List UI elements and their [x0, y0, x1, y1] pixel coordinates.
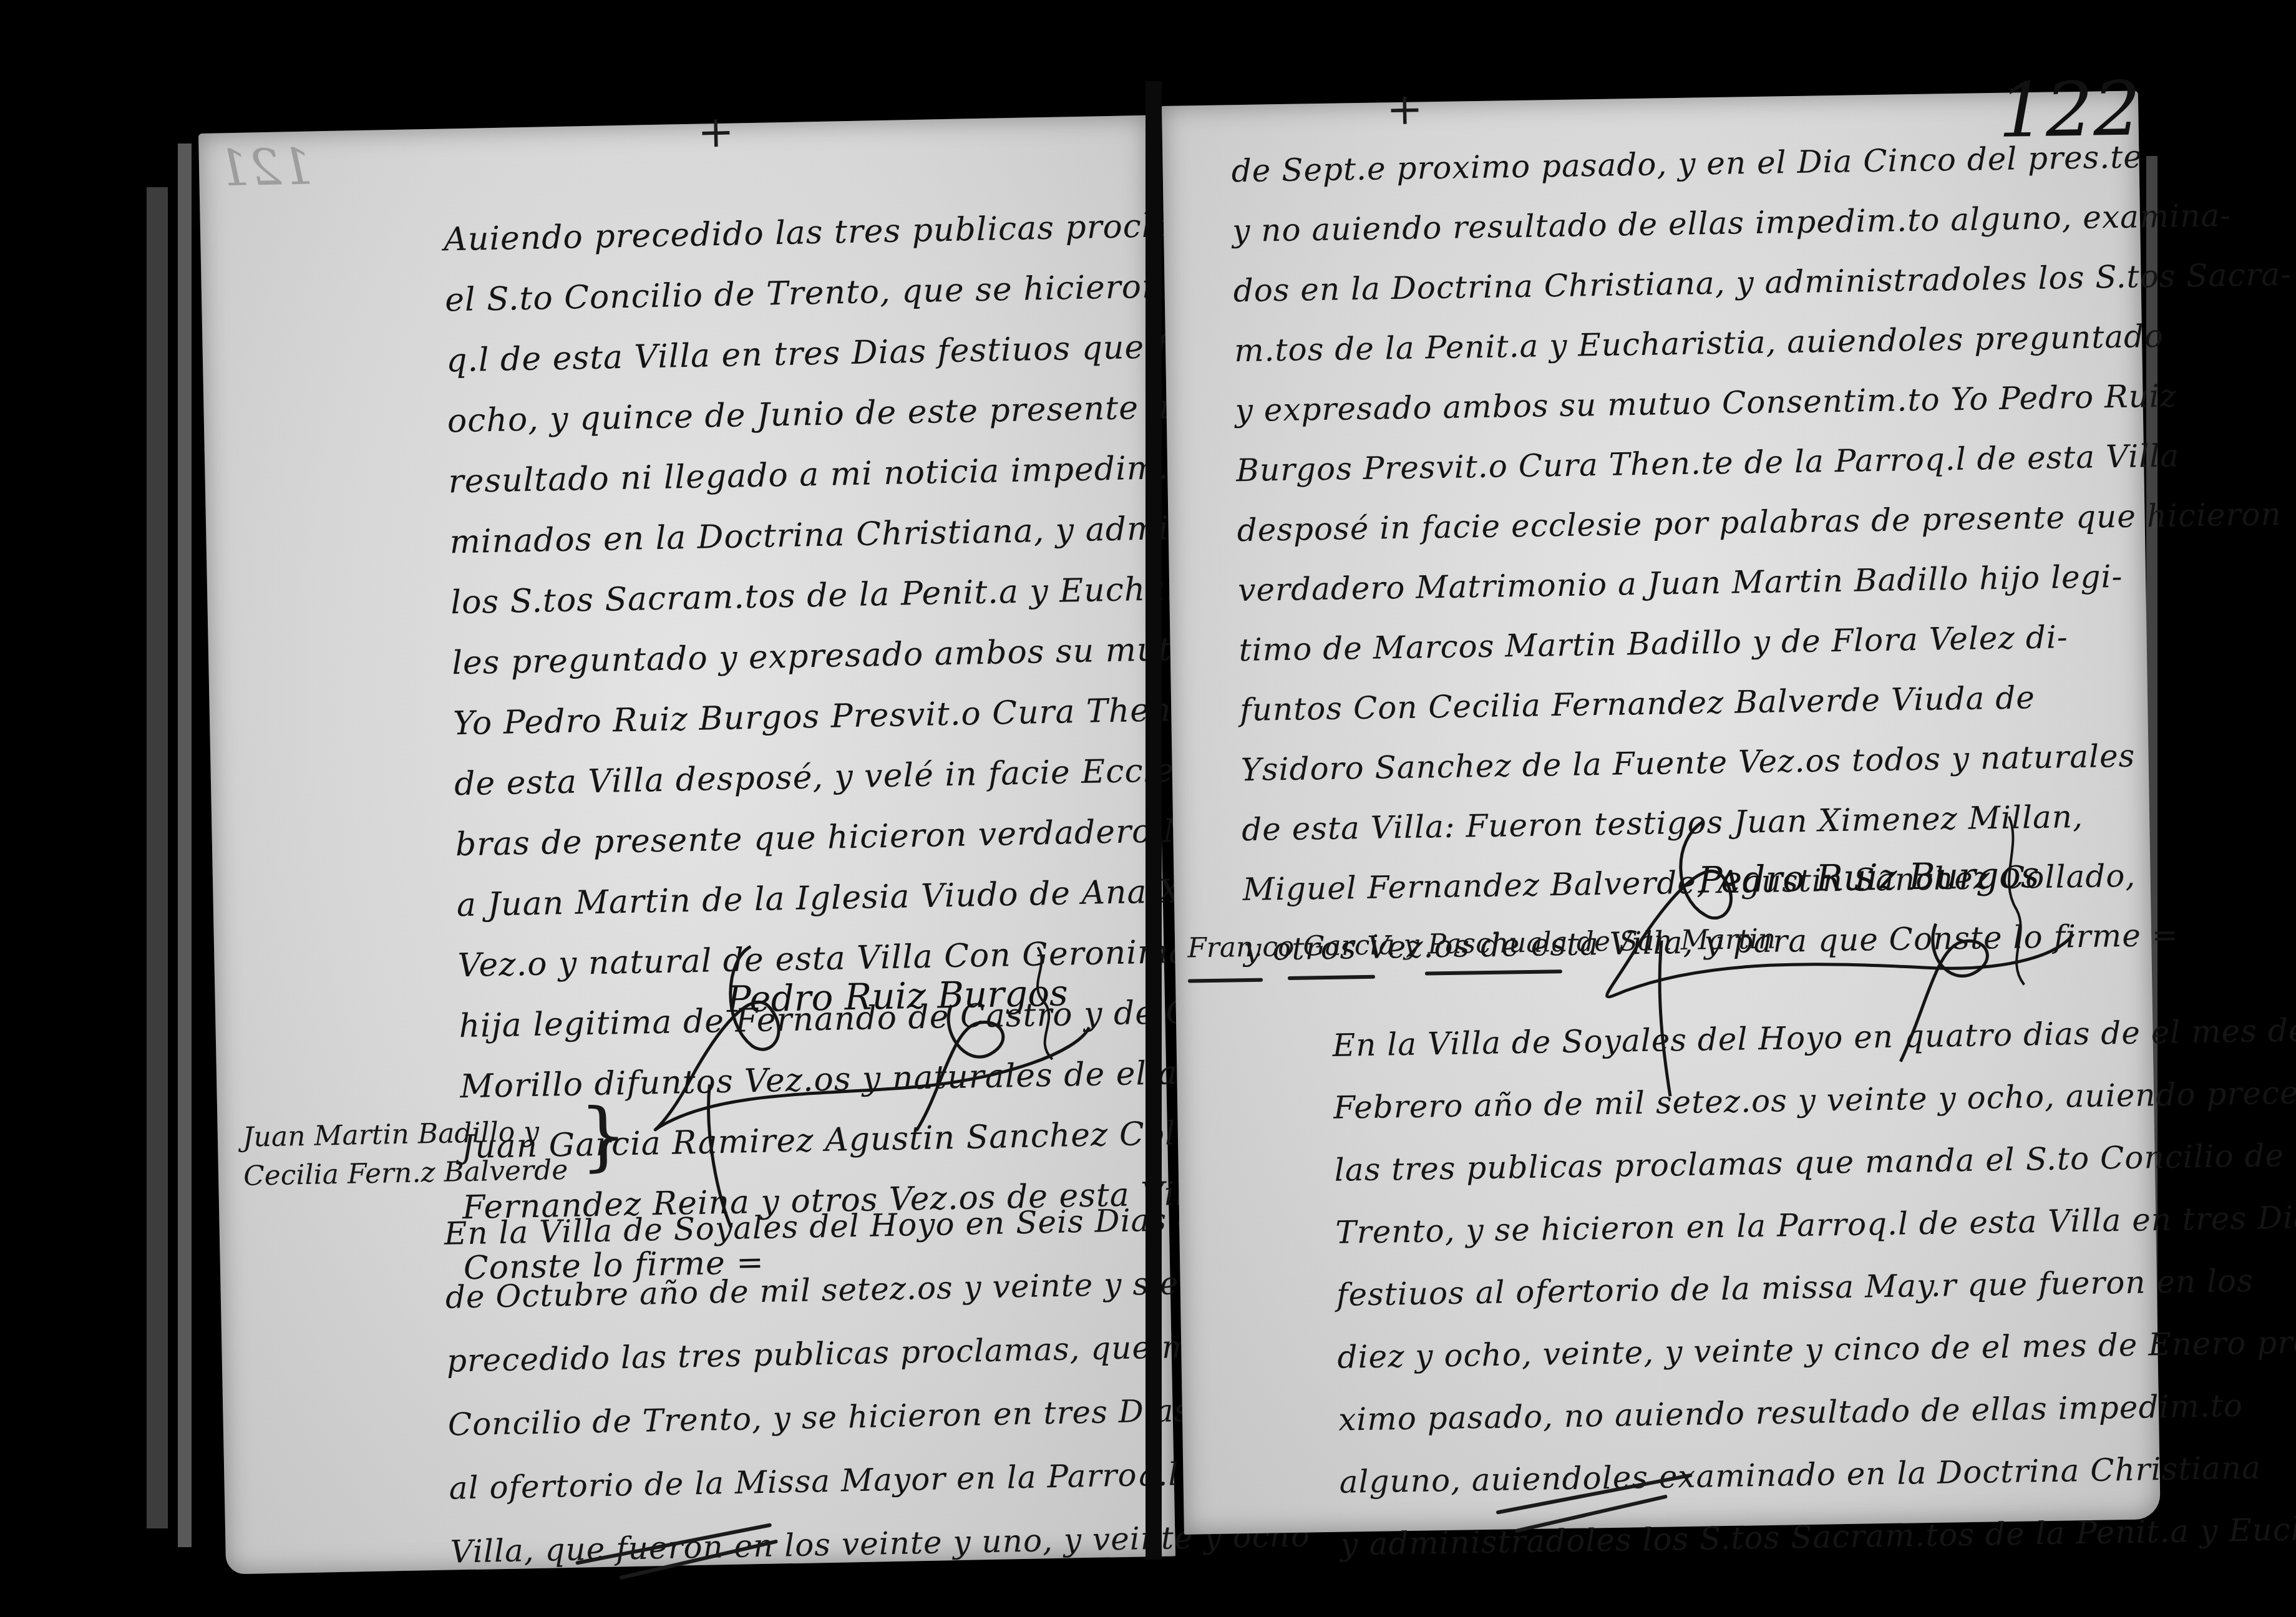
microfilm-scan: 121 + Auiendo precedido las tres publica…: [0, 0, 2296, 1617]
margin-brace: }: [579, 1099, 628, 1174]
book-gutter: [1146, 81, 1162, 1560]
entry2-margin-names: Juan Martin Badillo y Cecilia Fern.z Bal…: [242, 1112, 568, 1196]
entry2-continuation-text: de Sept.e proximo pasado, y en el Dia Ci…: [1231, 125, 2296, 979]
margin-name-line: Cecilia Fern.z Balverde: [243, 1151, 568, 1196]
book-edge: [178, 143, 192, 1547]
entry3-text: En la Villa de Soyales del Hoyo en quatr…: [1332, 998, 2296, 1576]
header-cross-mark: +: [1386, 83, 1423, 135]
ghost-folio-number: 121: [217, 137, 313, 197]
margin-underline: [1188, 978, 1263, 983]
margin-underline: [1288, 975, 1375, 980]
margin-name-line: Juan Martin Badillo y: [242, 1112, 567, 1157]
left-page: 121 + Auiendo precedido las tres publica…: [198, 115, 1175, 1575]
book-edge: [147, 187, 168, 1528]
priest-signature: Pedro Ruiz Burgos: [726, 972, 1068, 1021]
right-page: + 122 de Sept.e proximo pasado, y en el …: [1162, 90, 2161, 1534]
header-cross-mark: +: [697, 106, 734, 158]
priest-signature: Pedro Ruiz Burgos: [1698, 853, 2040, 901]
